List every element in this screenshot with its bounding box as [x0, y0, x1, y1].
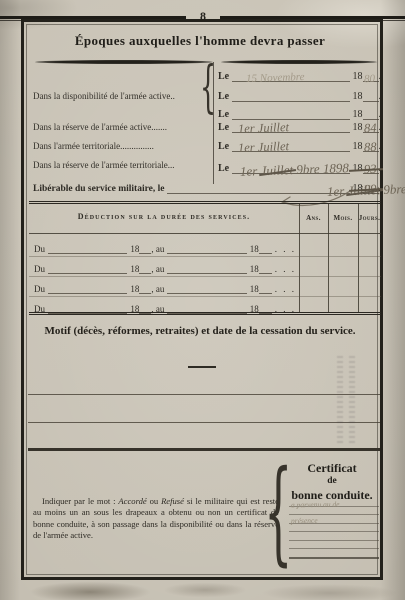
- year-prefix: 18: [250, 304, 259, 314]
- deduction-row: Du 18 , au 18 . . .: [34, 297, 296, 314]
- le-line-6: Le 1er Juillet 9bre 1898 18 93 .: [218, 158, 381, 174]
- certificat-rule: [289, 531, 379, 532]
- handwritten-year: 93: [363, 162, 376, 177]
- deduction-table: Déduction sur la durée des services. Ans…: [29, 201, 381, 315]
- deduction-row: Du 18 , au 18 . . .: [34, 257, 296, 274]
- column-header-ans: Ans.: [299, 214, 328, 222]
- deduction-row: Du 18 , au 18 . . .: [34, 277, 296, 294]
- handwritten-year: 99: [363, 182, 376, 197]
- year-prefix: 18: [250, 284, 259, 294]
- hw-replacement-date: 9bre 1898: [293, 160, 349, 177]
- handwritten-date: 1er Juillet: [238, 120, 290, 137]
- year-rule: [363, 86, 379, 102]
- note-lead: Indiquer par le mot :: [42, 496, 118, 506]
- year-rule: 93: [363, 173, 379, 174]
- le-line-5: Le 1er Juillet 18 88 .: [218, 136, 381, 152]
- period: .: [379, 183, 382, 194]
- blank-rule: [139, 297, 151, 314]
- note-mid: ou: [147, 496, 161, 506]
- period: .: [379, 71, 382, 82]
- year-prefix: 18: [250, 264, 259, 274]
- date-rule: 1er Juillet 9bre 1898: [232, 158, 349, 174]
- page-title: Époques auxquelles l'homme devra passer: [40, 33, 360, 49]
- du-label: Du: [34, 244, 45, 254]
- le-prefix: Le: [218, 71, 229, 82]
- certificat-rule: [289, 540, 379, 541]
- le-line-1: Le 15 Novembre 18 80 .: [218, 66, 381, 82]
- group-brace: {: [200, 60, 216, 116]
- blank-rule: [259, 297, 272, 314]
- year-prefix: 18: [250, 244, 259, 254]
- year-prefix: 18: [353, 183, 363, 194]
- dot-leader: . . .: [275, 244, 296, 254]
- ink-bleedthrough: [337, 356, 359, 444]
- le-prefix: Le: [218, 141, 229, 152]
- handwritten-date: 15 Novembre: [246, 71, 305, 85]
- blank-rule: [139, 237, 151, 254]
- certificat-rule: [289, 557, 379, 559]
- hw-replacement-date: 9bre 1904.: [380, 180, 405, 197]
- blank-rule: [167, 237, 246, 254]
- date-rule: 1er Juillet: [232, 117, 349, 133]
- year-prefix: 18: [130, 284, 139, 294]
- date-rule: 15 Novembre: [232, 66, 349, 82]
- year-prefix: 18: [353, 163, 363, 174]
- label-disponibilite: Dans la disponibilité de l'armée active.…: [33, 91, 213, 101]
- section-divider-rule: [28, 448, 380, 451]
- blank-rule: [48, 297, 127, 314]
- blank-writing-line: [28, 422, 380, 423]
- le-prefix: Le: [218, 163, 229, 174]
- year-prefix: 18: [353, 122, 363, 133]
- certificat-title-line1: Certificat: [284, 461, 380, 476]
- certificat-handwriting-line1: a parvenu au de: [291, 500, 340, 510]
- period: .: [379, 141, 382, 152]
- deduction-table-header: Déduction sur la durée des services.: [39, 212, 289, 221]
- blank-rule: [139, 257, 151, 274]
- center-dash: [188, 366, 216, 368]
- blank-rule: [167, 277, 246, 294]
- note-word-refuse: Refusé: [161, 496, 184, 506]
- column-header-mois: Mois.: [328, 214, 358, 222]
- label-reserve-territoriale: Dans la réserve de l'armée territoriale.…: [33, 160, 215, 170]
- dot-leader: . . .: [275, 284, 296, 294]
- period: .: [379, 91, 382, 102]
- blank-rule: [259, 257, 272, 274]
- label-liberable: Libérable du service militaire, le: [33, 184, 164, 194]
- blank-rule: [48, 237, 127, 254]
- blank-rule: [48, 257, 127, 274]
- year-rule: 84: [363, 117, 379, 133]
- motif-heading: Motif (décès, réformes, retraites) et da…: [38, 324, 362, 339]
- year-prefix: 18: [130, 264, 139, 274]
- struck-year-group: 18 99 .: [353, 183, 382, 194]
- au-label: , au: [151, 284, 164, 294]
- handwritten-date: 1er Juillet: [238, 139, 290, 156]
- le-prefix: Le: [218, 122, 229, 133]
- period: .: [379, 122, 382, 133]
- handwritten-year: 88: [363, 140, 376, 155]
- label-reserve-armee-active: Dans la réserve de l'armée active.......: [33, 122, 215, 132]
- handwritten-year: 84: [363, 121, 376, 136]
- year-rule: 80: [363, 66, 379, 82]
- swelled-rule-left: [35, 60, 213, 64]
- note-word-accorde: Accordé: [118, 496, 146, 506]
- handwritten-year: 80: [363, 73, 374, 85]
- le-line-4: Le 1er Juillet 18 84 .: [218, 117, 381, 133]
- label-armee-territoriale: Dans l'armée territoriale...............: [33, 141, 215, 151]
- deduction-row: Du 18 , au 18 . . .: [34, 237, 296, 254]
- certificat-rule: [289, 548, 379, 549]
- dot-leader: . . .: [275, 264, 296, 274]
- certificat-title-line2: de: [284, 476, 380, 486]
- instruction-paragraph: Indiquer par le mot : Accordé ou Refusé …: [33, 496, 279, 542]
- year-rule: 99: [363, 193, 379, 194]
- le-line-2: Le 18 .: [218, 86, 381, 102]
- dot-leader: . . .: [275, 304, 296, 314]
- date-rule: 1er Juillet: [232, 136, 349, 152]
- le-prefix: Le: [218, 91, 229, 102]
- certificat-rule: [289, 514, 379, 515]
- du-label: Du: [34, 284, 45, 294]
- period: .: [379, 163, 382, 174]
- certificat-handwriting-line2: présence: [291, 516, 318, 525]
- year-prefix: 18: [353, 91, 363, 102]
- column-header-jours: Jours.: [358, 214, 381, 222]
- au-label: , au: [151, 244, 164, 254]
- hw-struck-month: Juillet: [260, 162, 293, 179]
- struck-year-group: 18 93 .: [353, 163, 382, 174]
- swelled-rule-right: [221, 60, 377, 64]
- year-prefix: 18: [353, 141, 363, 152]
- blank-rule: [259, 237, 272, 254]
- blank-rule: [139, 277, 151, 294]
- hw-day: 1er: [240, 163, 261, 179]
- year-prefix: 18: [130, 244, 139, 254]
- blank-rule: [48, 277, 127, 294]
- date-rule: [232, 86, 349, 102]
- au-label: , au: [151, 264, 164, 274]
- du-label: Du: [34, 264, 45, 274]
- year-prefix: 18: [353, 71, 363, 82]
- blank-rule: [167, 257, 246, 274]
- au-label: , au: [151, 304, 164, 314]
- blank-rule: [167, 297, 246, 314]
- du-label: Du: [34, 304, 45, 314]
- scanned-military-booklet-page: 8 Époques auxquelles l'homme devra passe…: [0, 0, 405, 600]
- year-rule: 88: [363, 136, 379, 152]
- year-prefix: 18: [130, 304, 139, 314]
- blank-rule: [259, 277, 272, 294]
- blank-writing-line: [28, 394, 380, 395]
